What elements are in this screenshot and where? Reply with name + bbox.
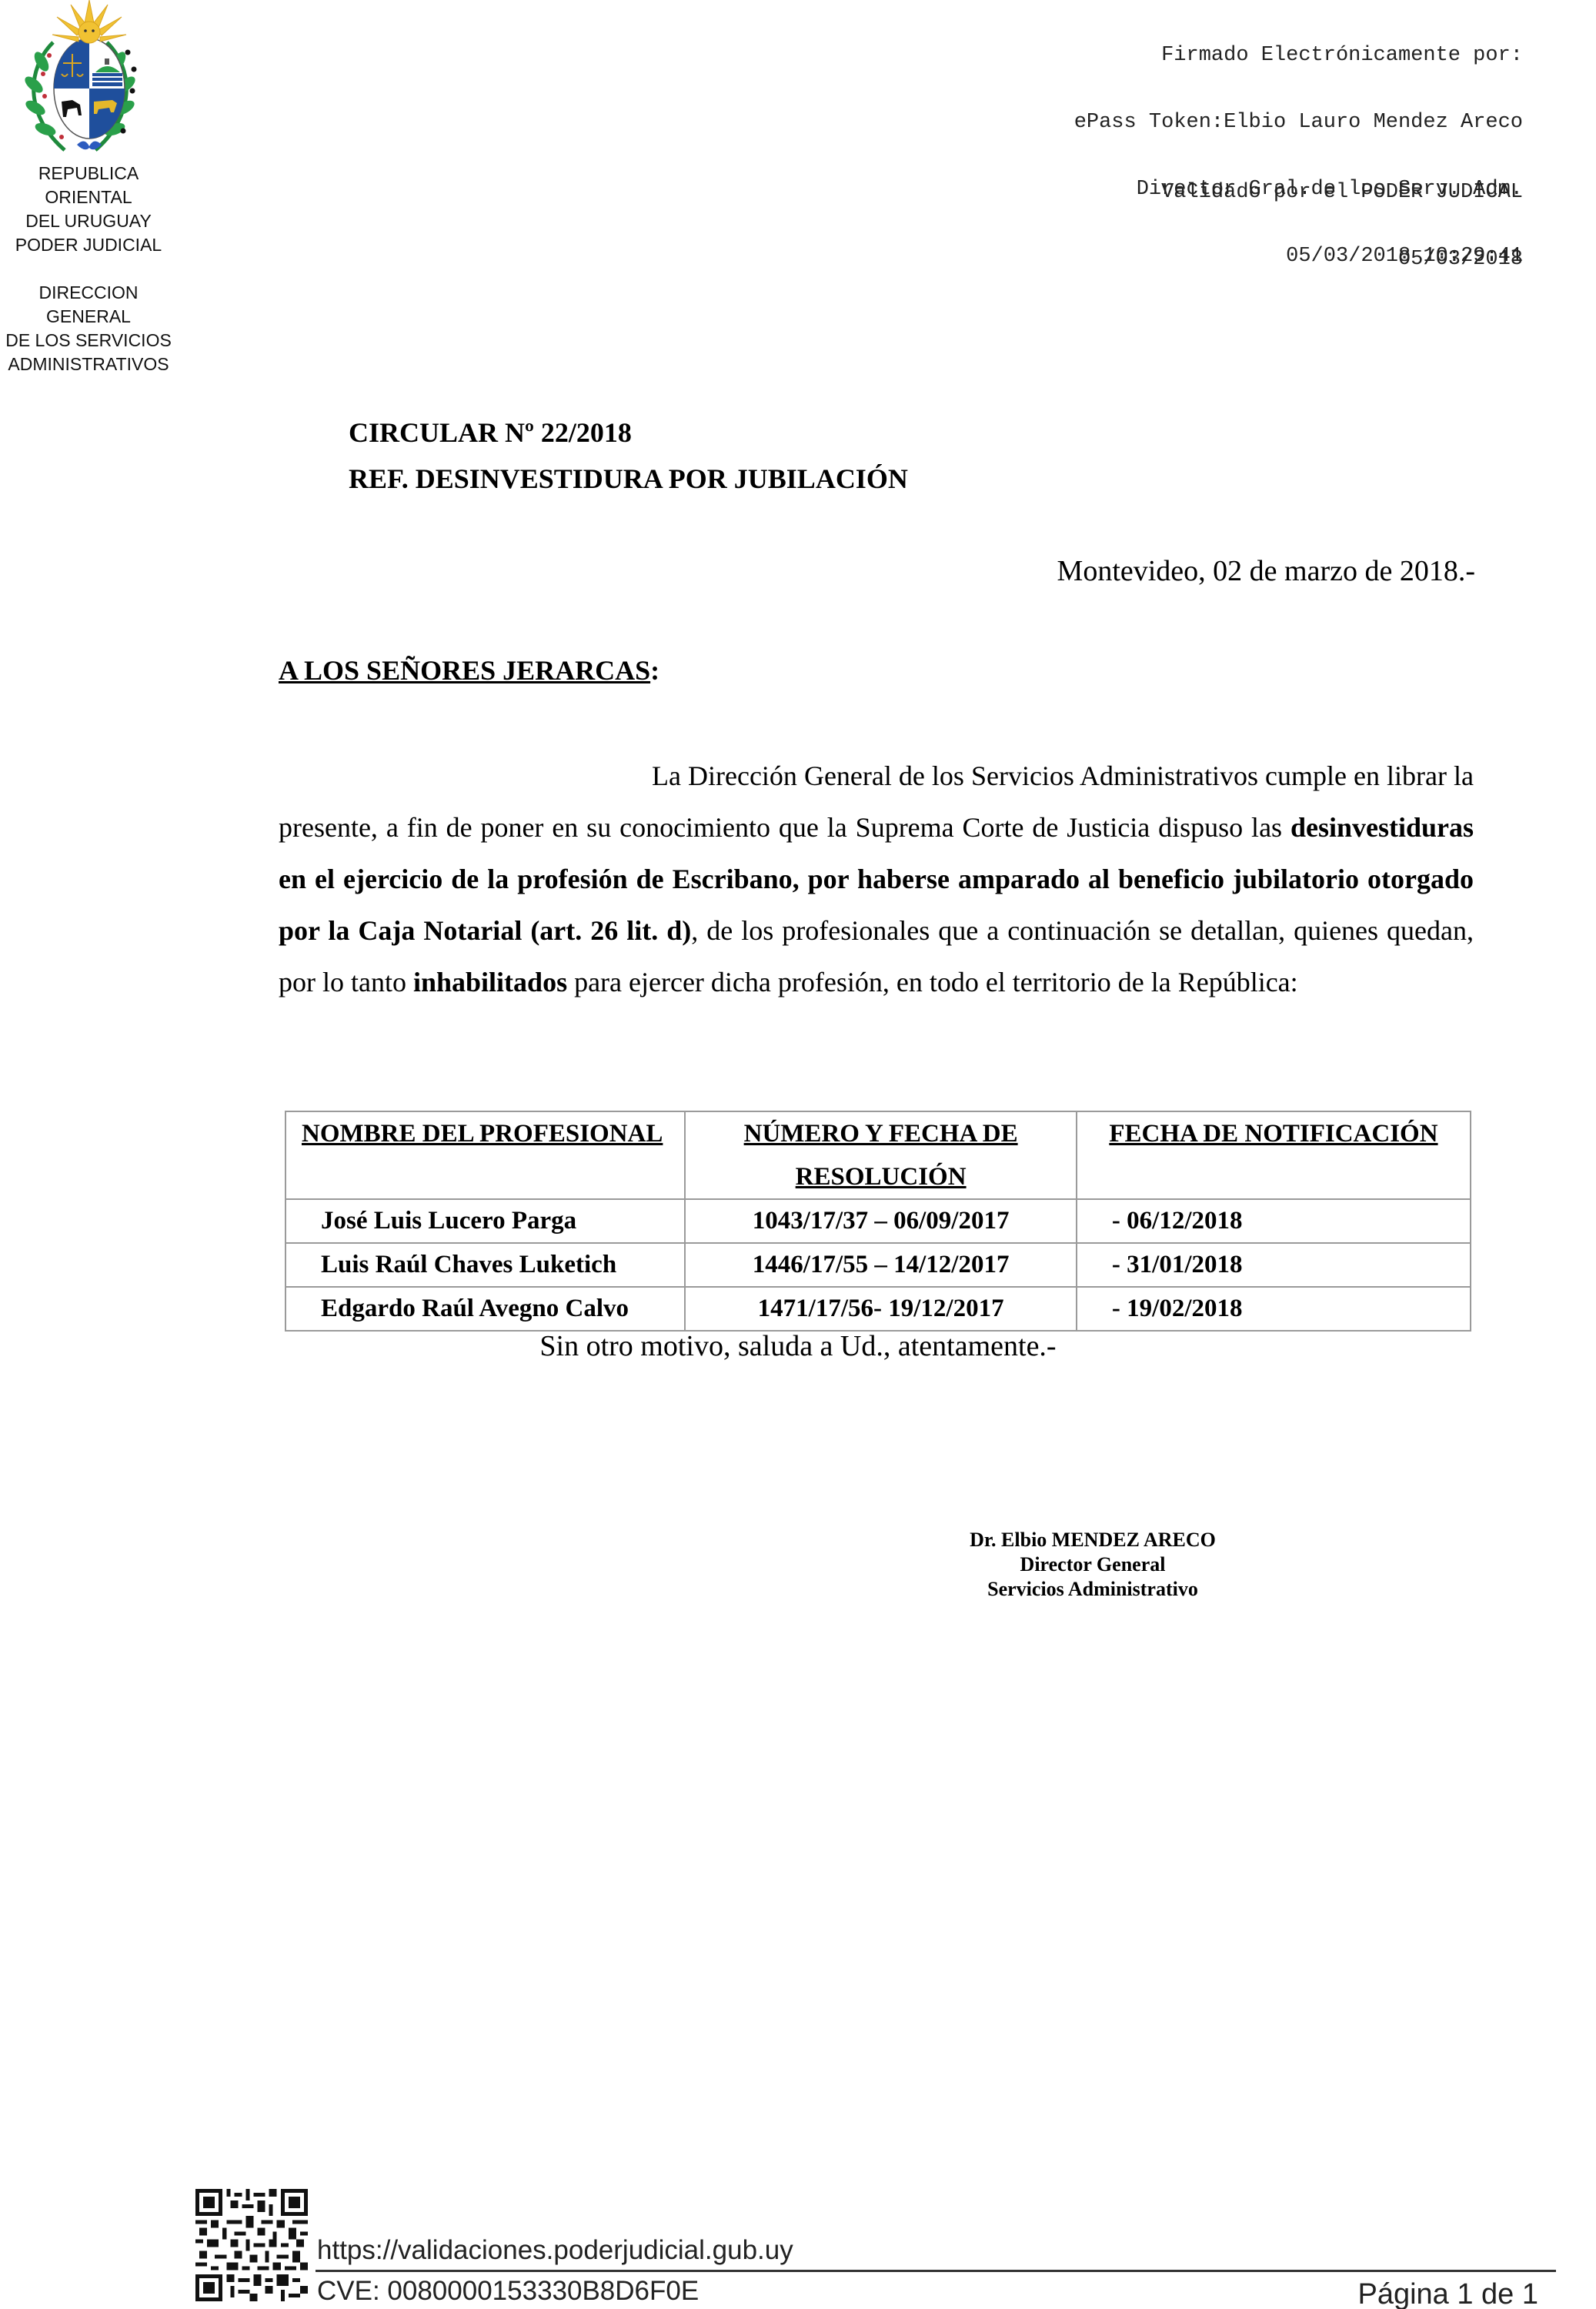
closing-line: Sin otro motivo, saluda a Ud., atentamen… <box>38 1329 1596 1363</box>
qr-code-icon <box>195 2189 308 2301</box>
closing-text: Sin otro motivo, saluda a Ud., atentamen… <box>539 1330 1056 1362</box>
validation-line: Validado por el PODER JUDICAL <box>1161 182 1523 204</box>
org-line: REPUBLICA ORIENTAL <box>0 162 177 209</box>
organization-name: REPUBLICA ORIENTAL DEL URUGUAY PODER JUD… <box>0 162 177 376</box>
cell-notification: - 31/01/2018 <box>1077 1243 1471 1287</box>
stamp-line: ePass Token:Elbio Lauro Mendez Areco <box>1074 112 1523 134</box>
place-date: Montevideo, 02 de marzo de 2018.- <box>1057 554 1475 588</box>
signatory-block: Dr. Elbio MENDEZ ARECO Director General … <box>923 1528 1262 1602</box>
cell-resolution: 1446/17/55 – 14/12/2017 <box>685 1243 1077 1287</box>
document-title: CIRCULAR Nº 22/2018 REF. DESINVESTIDURA … <box>349 409 908 502</box>
dept-line: DIRECCION GENERAL <box>0 281 177 329</box>
table-header-row: NOMBRE DEL PROFESIONAL NÚMERO Y FECHA DE… <box>285 1111 1471 1199</box>
table-row: José Luis Lucero Parga 1043/17/37 – 06/0… <box>285 1199 1471 1243</box>
body-text-3: para ejercer dicha profesión, en todo el… <box>567 967 1298 997</box>
professionals-table: NOMBRE DEL PROFESIONAL NÚMERO Y FECHA DE… <box>285 1111 1471 1332</box>
cell-resolution: 1471/17/56- 19/12/2017 <box>685 1287 1077 1331</box>
cell-name: Edgardo Raúl Avegno Calvo <box>285 1287 685 1331</box>
table-row: Edgardo Raúl Avegno Calvo 1471/17/56- 19… <box>285 1287 1471 1331</box>
validation-stamp: Validado por el PODER JUDICAL 05/03/2018 <box>1161 137 1523 293</box>
stamp-line: Firmado Electrónicamente por: <box>1074 45 1523 67</box>
header-notification: FECHA DE NOTIFICACIÓN <box>1077 1111 1471 1199</box>
circular-number: CIRCULAR Nº 22/2018 <box>349 409 908 456</box>
table-row: Luis Raúl Chaves Luketich 1446/17/55 – 1… <box>285 1243 1471 1287</box>
cell-name: Luis Raúl Chaves Luketich <box>285 1243 685 1287</box>
signatory-title: Director General <box>923 1552 1262 1577</box>
validation-url-link[interactable]: https://validaciones.poderjudicial.gub.u… <box>317 2235 793 2266</box>
signatory-department: Servicios Administrativo <box>923 1577 1262 1602</box>
header-resolution: NÚMERO Y FECHA DE RESOLUCIÓN <box>685 1111 1077 1199</box>
coat-of-arms-icon <box>11 0 146 158</box>
cell-notification: - 06/12/2018 <box>1077 1199 1471 1243</box>
org-line: PODER JUDICIAL <box>0 233 177 257</box>
reference-line: REF. DESINVESTIDURA POR JUBILACIÓN <box>349 456 908 502</box>
salutation-colon: : <box>650 655 659 686</box>
body-bold-2: inhabilitados <box>413 967 567 997</box>
footer-divider <box>316 2270 1556 2272</box>
cve-code: CVE: 0080000153330B8D6F0E <box>317 2276 699 2307</box>
header-name: NOMBRE DEL PROFESIONAL <box>285 1111 685 1199</box>
dept-line: DE LOS SERVICIOS <box>0 329 177 353</box>
page-number: Página 1 de 1 <box>1357 2278 1538 2309</box>
cell-notification: - 19/02/2018 <box>1077 1287 1471 1331</box>
cell-resolution: 1043/17/37 – 06/09/2017 <box>685 1199 1077 1243</box>
validation-date: 05/03/2018 <box>1161 249 1523 271</box>
salutation-text: A LOS SEÑORES JERARCAS <box>279 655 650 686</box>
salutation: A LOS SEÑORES JERARCAS: <box>279 654 659 687</box>
org-line: DEL URUGUAY <box>0 209 177 233</box>
body-paragraph: La Dirección General de los Servicios Ad… <box>279 750 1474 1008</box>
cell-name: José Luis Lucero Parga <box>285 1199 685 1243</box>
dept-line: ADMINISTRATIVOS <box>0 353 177 376</box>
signatory-name: Dr. Elbio MENDEZ ARECO <box>923 1528 1262 1552</box>
